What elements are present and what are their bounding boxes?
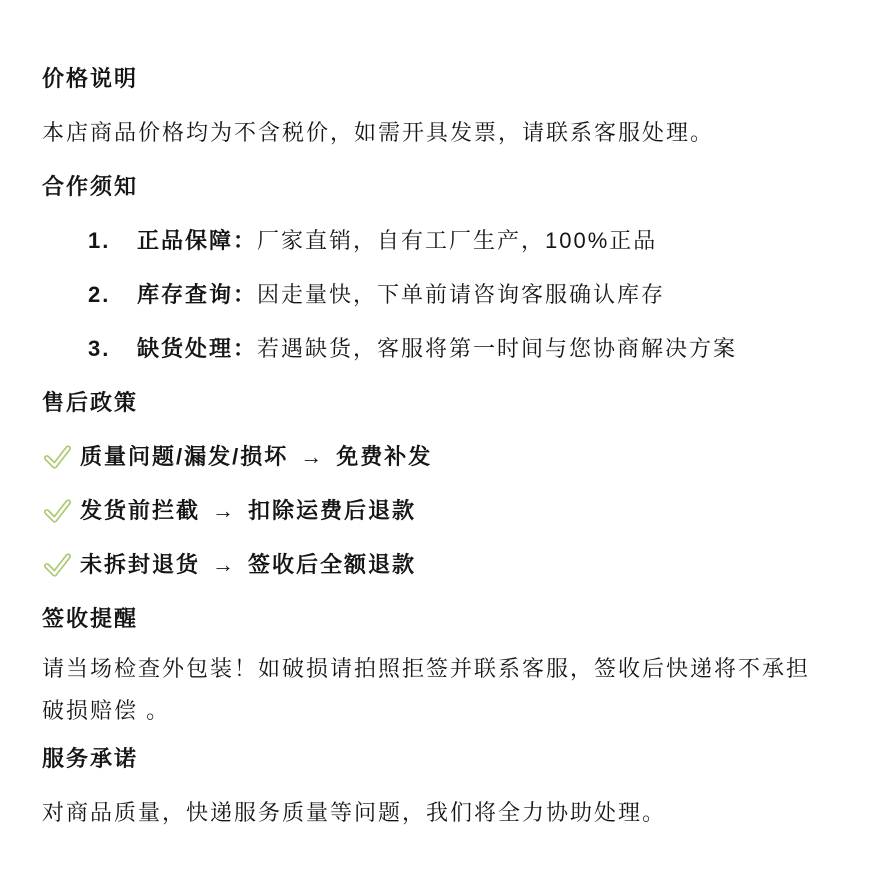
notice-item-number: 1.	[88, 226, 137, 256]
check-outline-icon	[44, 552, 71, 578]
heading-sign-reminder: 签收提醒	[42, 604, 857, 634]
aftersale-result: 签收后全额退款	[248, 552, 416, 577]
aftersale-item-quality: 质量问题/漏发/损坏→免费补发	[44, 442, 857, 472]
notice-item-text: 缺货处理：若遇缺货，客服将第一时间与您协商解决方案	[137, 334, 737, 364]
notice-item-desc: 因走量快，下单前请咨询客服确认库存	[257, 282, 665, 307]
notice-item-label: 缺货处理：	[137, 336, 257, 361]
check-outline-icon	[44, 498, 71, 524]
heading-price-notes: 价格说明	[42, 64, 857, 94]
arrow-right-icon: →	[300, 442, 324, 472]
heading-cooperation-notes: 合作须知	[42, 172, 857, 202]
aftersale-item-unopened-return: 未拆封退货→签收后全额退款	[44, 550, 857, 580]
notice-item-desc: 厂家直销，自有工厂生产，100%正品	[257, 228, 657, 253]
notice-item-desc: 若遇缺货，客服将第一时间与您协商解决方案	[257, 336, 737, 361]
aftersale-condition: 质量问题/漏发/损坏	[80, 444, 288, 469]
notice-item-text: 库存查询：因走量快，下单前请咨询客服确认库存	[137, 280, 665, 310]
aftersale-result: 扣除运费后退款	[248, 498, 416, 523]
aftersale-condition: 发货前拦截	[80, 498, 200, 523]
service-promise-paragraph: 对商品质量，快递服务质量等问题，我们将全力协助处理。	[42, 798, 857, 828]
aftersale-item-intercept: 发货前拦截→扣除运费后退款	[44, 496, 857, 526]
notice-item-out-of-stock: 3. 缺货处理：若遇缺货，客服将第一时间与您协商解决方案	[88, 334, 857, 364]
notice-item-label: 正品保障：	[137, 228, 257, 253]
notice-item-text: 正品保障：厂家直销，自有工厂生产，100%正品	[137, 226, 657, 256]
aftersale-condition: 未拆封退货	[80, 552, 200, 577]
notice-item-number: 2.	[88, 280, 137, 310]
arrow-right-icon: →	[212, 550, 236, 580]
notice-item-stock-inquiry: 2. 库存查询：因走量快，下单前请咨询客服确认库存	[88, 280, 857, 310]
heading-service-promise: 服务承诺	[42, 744, 857, 774]
sign-reminder-paragraph: 请当场检查外包装！如破损请拍照拒签并联系客服，签收后快递将不承担 破损赔偿 。	[42, 648, 857, 732]
notice-item-number: 3.	[88, 334, 137, 364]
sign-reminder-line: 请当场检查外包装！如破损请拍照拒签并联系客服，签收后快递将不承担	[42, 648, 857, 690]
aftersale-item-text: 未拆封退货→签收后全额退款	[80, 550, 416, 580]
notice-item-label: 库存查询：	[137, 282, 257, 307]
notice-item-authenticity: 1. 正品保障：厂家直销，自有工厂生产，100%正品	[88, 226, 857, 256]
check-outline-icon	[44, 444, 71, 470]
arrow-right-icon: →	[212, 496, 236, 526]
aftersale-item-text: 发货前拦截→扣除运费后退款	[80, 496, 416, 526]
policy-document: 价格说明 本店商品价格均为不含税价，如需开具发票，请联系客服处理。 合作须知 1…	[0, 0, 893, 828]
sign-reminder-line: 破损赔偿 。	[42, 690, 857, 732]
heading-aftersale-policy: 售后政策	[42, 388, 857, 418]
price-notes-paragraph: 本店商品价格均为不含税价，如需开具发票，请联系客服处理。	[42, 118, 857, 148]
aftersale-result: 免费补发	[336, 444, 432, 469]
aftersale-item-text: 质量问题/漏发/损坏→免费补发	[80, 442, 432, 472]
